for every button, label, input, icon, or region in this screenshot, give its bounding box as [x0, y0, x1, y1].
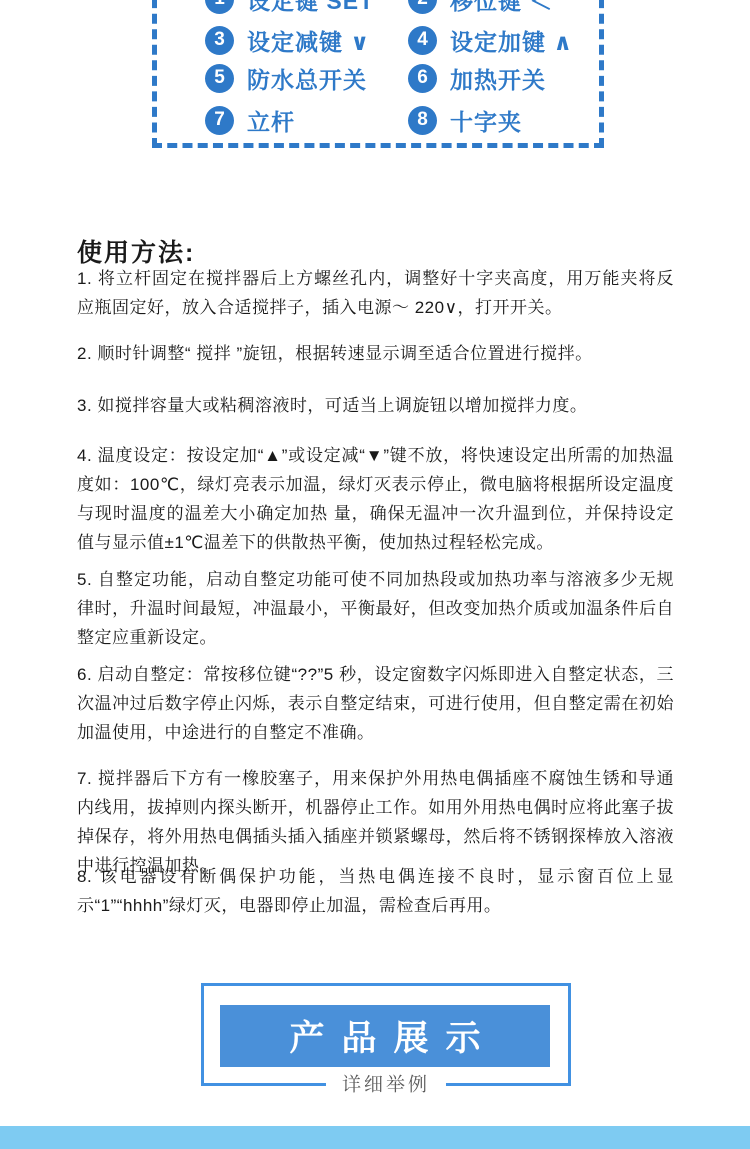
usage-paragraph: 1. 将立杆固定在搅拌器后上方螺丝孔内，调整好十字夹高度，用万能夹将反应瓶固定好…: [77, 264, 674, 322]
detailed-example-caption: 详细举例: [326, 1070, 446, 1097]
usage-paragraph: 8. 该电器设有断偶保护功能，当热电偶连接不良时，显示窗百位上显示“1”“hhh…: [77, 862, 674, 920]
usage-paragraph: 5. 自整定功能，启动自整定功能可使不同加热段或加热功率与溶液多少无规律时，升温…: [77, 565, 674, 652]
legend-item-label: 设定加键 ∧: [450, 24, 573, 57]
usage-paragraph: 4. 温度设定：按设定加“▲”或设定减“▼”键不放，将快速设定出所需的加热温度如…: [77, 441, 674, 557]
legend-item: 7 立杆: [205, 105, 295, 135]
legend-item: 4 设定加键 ∧: [408, 25, 573, 55]
legend-item-label: 防水总开关: [247, 62, 367, 95]
legend-number-badge: 5: [205, 64, 234, 93]
usage-paragraph: 2. 顺时针调整“ 搅拌 ”旋钮，根据转速显示调至适合位置进行搅拌。: [77, 339, 674, 368]
legend-item-label: 立杆: [247, 104, 295, 137]
legend-item-label: 加热开关: [450, 62, 546, 95]
legend-number-badge: 1: [205, 0, 234, 14]
legend-number-badge: 4: [408, 26, 437, 55]
legend-number-badge: 3: [205, 26, 234, 55]
usage-paragraph: 6. 启动自整定：常按移位键“??”5 秒，设定窗数字闪烁即进入自整定状态，三次…: [77, 660, 674, 747]
product-display-banner: 产品展示: [220, 1005, 550, 1067]
legend-item-label: 设定键 SET: [247, 0, 374, 16]
legend-item: 8 十字夹: [408, 105, 522, 135]
legend-item-label: 十字夹: [450, 104, 522, 137]
legend-item: 1 设定键 SET: [205, 0, 374, 14]
product-description-page: 1 设定键 SET 2 移位键 ＜ 3 设定减键 ∨ 4 设定加键 ∧ 5 防水…: [0, 0, 750, 1149]
legend-number-badge: 8: [408, 106, 437, 135]
legend-item: 5 防水总开关: [205, 63, 367, 93]
usage-paragraph: 3. 如搅拌容量大或粘稠溶液时，可适当上调旋钮以增加搅拌力度。: [77, 391, 674, 420]
legend-number-badge: 7: [205, 106, 234, 135]
legend-number-badge: 2: [408, 0, 437, 14]
legend-item-label: 移位键 ＜: [450, 0, 553, 16]
legend-item: 3 设定减键 ∨: [205, 25, 370, 55]
legend-item: 6 加热开关: [408, 63, 546, 93]
footer-accent-bar: [0, 1126, 750, 1149]
legend-number-badge: 6: [408, 64, 437, 93]
legend-item-label: 设定减键 ∨: [247, 24, 370, 57]
legend-item: 2 移位键 ＜: [408, 0, 553, 14]
